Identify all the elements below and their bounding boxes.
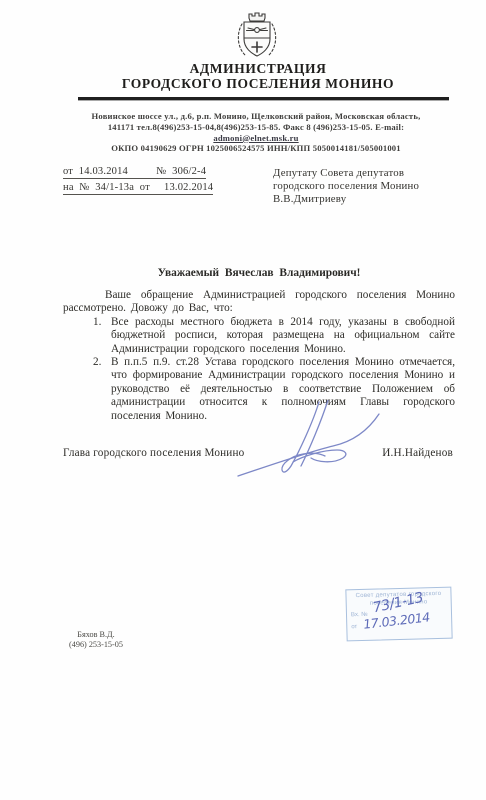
incoming-reference: на № 34/1-13а от 13.02.2014: [63, 182, 213, 195]
email-address: admoni@elnet.msk.ru: [213, 133, 298, 143]
scanned-letter-page: АДМИНИСТРАЦИЯ ГОРОДСКОГО ПОСЕЛЕНИЯ МОНИН…: [0, 0, 486, 800]
registry-codes: ОКПО 04190629 ОГРН 1025006524575 ИНН/КПП…: [28, 143, 484, 154]
organization-title: АДМИНИСТРАЦИЯ ГОРОДСКОГО ПОСЕЛЕНИЯ МОНИН…: [30, 62, 486, 91]
contact-block: Новинское шоссе ул., д.6, р.п. Монино, Щ…: [28, 111, 484, 154]
list-item-number: 2.: [93, 356, 111, 423]
recipient-position: Депутату Совета депутатов: [273, 167, 419, 180]
list-item: 2. В п.п.5 п.9. ст.28 Устава городского …: [63, 356, 455, 423]
executor-name: Бяхов В.Д.: [58, 630, 134, 640]
recipient-organization: городского поселения Монино: [273, 180, 419, 193]
postal-address: Новинское шоссе ул., д.6, р.п. Монино, Щ…: [28, 111, 484, 122]
recipient-block: Депутату Совета депутатов городского пос…: [273, 167, 419, 207]
list-item: 1. Все расходы местного бюджета в 2014 г…: [63, 316, 455, 356]
stamp-date-label: от: [351, 624, 357, 630]
letter-body: Ваше обращение Администрацией городского…: [63, 289, 455, 423]
executor-block: Бяхов В.Д. (496) 253-15-05: [58, 630, 134, 650]
outgoing-reference: от 14.03.2014 № 306/2-4: [63, 166, 206, 179]
executor-phone: (496) 253-15-05: [58, 640, 134, 650]
monino-coat-of-arms-icon: [233, 9, 281, 68]
list-item-text: Все расходы местного бюджета в 2014 году…: [111, 316, 455, 356]
org-title-line2: ГОРОДСКОГО ПОСЕЛЕНИЯ МОНИНО: [30, 77, 486, 92]
intro-paragraph: Ваше обращение Администрацией городского…: [63, 289, 455, 316]
reference-block: от 14.03.2014 № 306/2-4 на № 34/1-13а от…: [63, 166, 213, 198]
stamp-handwritten-date: 17.03.2014: [363, 609, 431, 631]
salutation: Уважаемый Вячеслав Владимирович!: [63, 267, 455, 279]
signer-name: И.Н.Найденов: [382, 447, 453, 459]
signer-position: Глава городского поселения Монино: [63, 447, 244, 459]
org-title-line1: АДМИНИСТРАЦИЯ: [30, 62, 486, 77]
incoming-registration-stamp: Совет депутатов городского поселения Мон…: [345, 587, 452, 642]
list-item-number: 1.: [93, 316, 111, 356]
letterhead-divider: [78, 97, 449, 101]
phone-fax-line: 141171 тел.8(496)253-15-04,8(496)253-15-…: [28, 122, 484, 133]
signature-row: Глава городского поселения Монино И.Н.На…: [63, 447, 453, 459]
list-item-text: В п.п.5 п.9. ст.28 Устава городского пос…: [111, 356, 455, 423]
recipient-name: В.В.Дмитриеву: [273, 193, 419, 206]
